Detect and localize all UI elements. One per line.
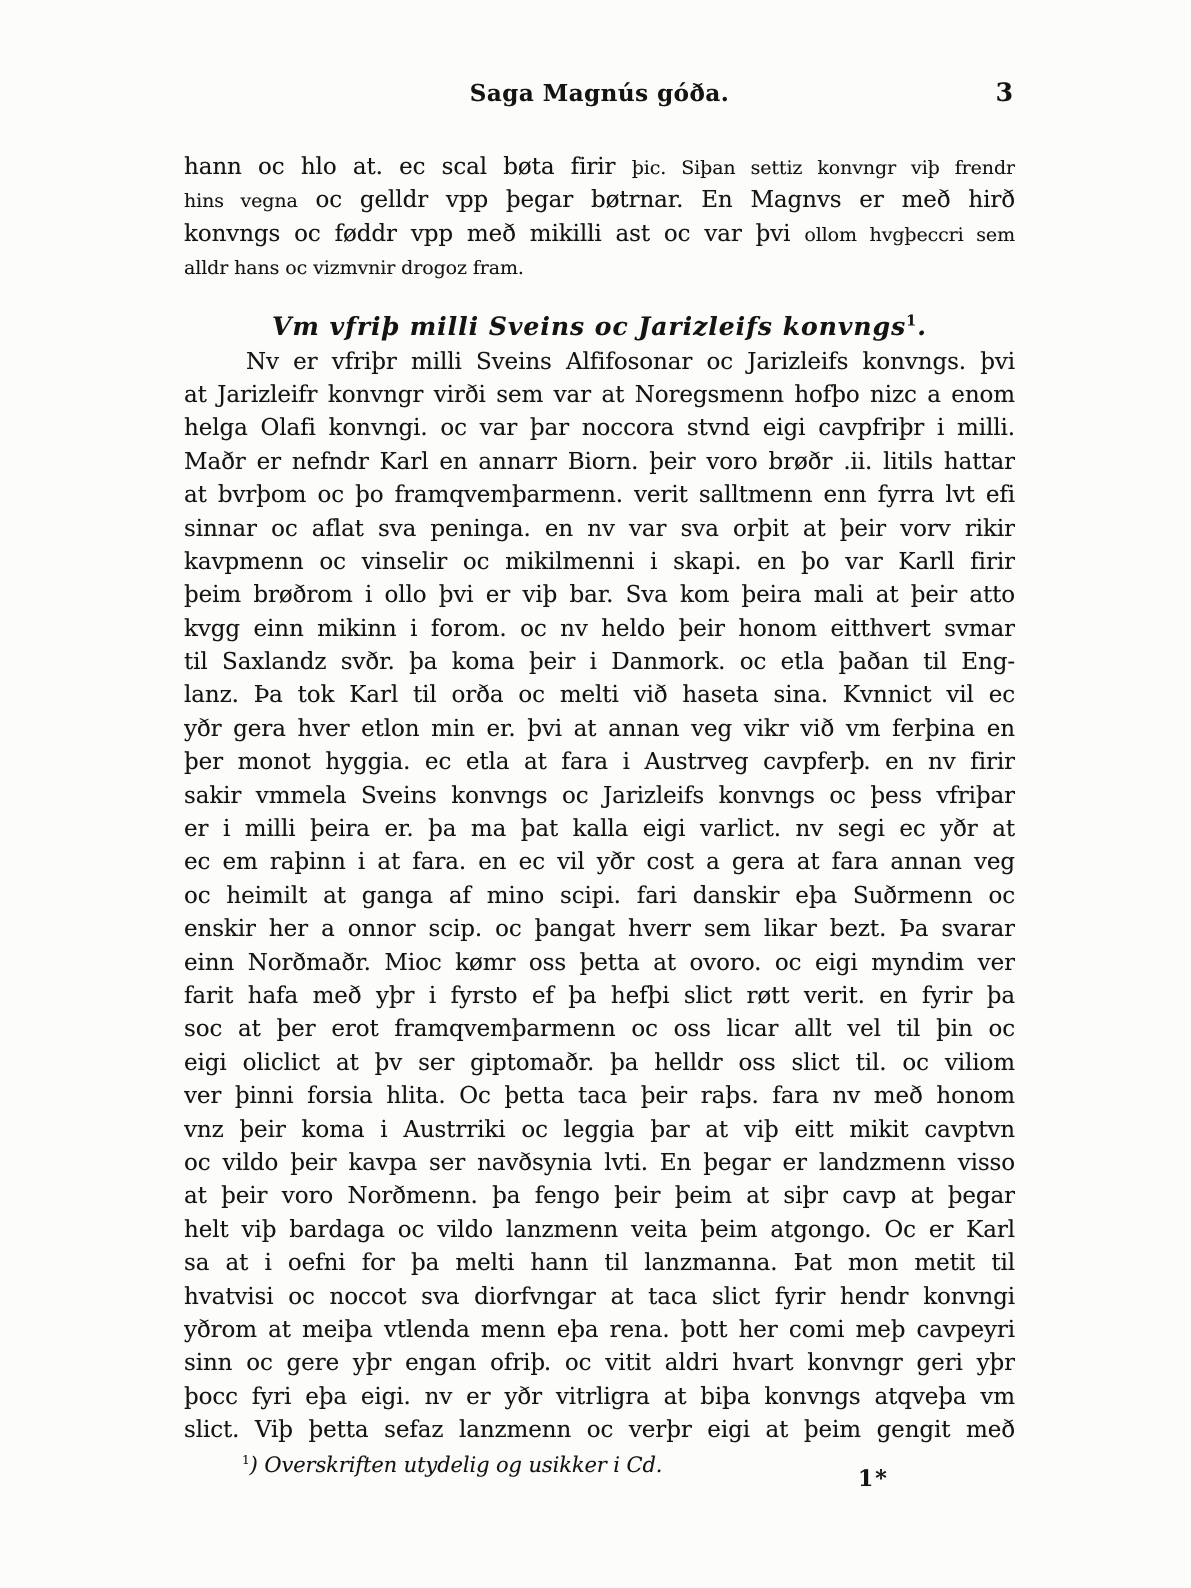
text-line: sa at i oefni for þa melti hann til lanz… bbox=[184, 1247, 1015, 1280]
text-segment: yðrom at meiþa vtlenda menn eþa rena. þo… bbox=[184, 1317, 1015, 1343]
text-segment: eigi oliclict at þv ser giptomaðr. þa he… bbox=[184, 1050, 1015, 1076]
text-segment: sa at i oefni for þa melti hann til lanz… bbox=[184, 1250, 1015, 1276]
text-segment: sakir vmmela Sveins konvngs oc Jarizleif… bbox=[184, 783, 1015, 809]
text-line: lanz. Þa tok Karl til orða oc melti við … bbox=[184, 679, 1015, 712]
text-line: Nv er vfriþr milli Sveins Alfifosonar oc… bbox=[184, 346, 1015, 379]
text-segment: Maðr er nefndr Karl en annarr Biorn. þei… bbox=[184, 449, 1015, 475]
text-line: konvngs oc føddr vpp með mikilli ast oc … bbox=[184, 218, 1015, 251]
text-line: 30vnz þeir koma i Austrriki oc leggia þa… bbox=[184, 1114, 1015, 1147]
text-segment: sinnar oc aflat sva peninga. en nv var s… bbox=[184, 516, 1015, 542]
text-line: yðr gera hver etlon min er. þvi at annan… bbox=[184, 713, 1015, 746]
text-line: þocc fyri eþa eigi. nv er yðr vitrligra … bbox=[184, 1381, 1015, 1414]
text-segment: ver þinni forsia hlita. Oc þetta taca þe… bbox=[184, 1083, 1015, 1109]
text-line: soc at þer erot framqvemþarmenn oc oss l… bbox=[184, 1013, 1015, 1046]
text-segment: hins vegna bbox=[184, 190, 298, 212]
text-segment: vnz þeir koma i Austrriki oc leggia þar … bbox=[184, 1117, 1015, 1143]
text-segment: oc vildo þeir kavpa ser navðsynia lvti. … bbox=[184, 1150, 1015, 1176]
text-segment: Vm vfriþ milli Sveins oc Jarizleifs konv… bbox=[272, 312, 906, 341]
text-line: helga Olafi konvngi. oc var þar noccora … bbox=[184, 412, 1015, 445]
signature-mark: 1* bbox=[858, 1466, 889, 1492]
text-segment: einn Norðmaðr. Mioc kømr oss þetta at ov… bbox=[184, 950, 1015, 976]
text-segment: lanz. Þa tok Karl til orða oc melti við … bbox=[184, 682, 1015, 708]
text-segment: at þeir voro Norðmenn. þa fengo þeir þei… bbox=[184, 1183, 1015, 1209]
text-segment: Nv er vfriþr milli Sveins Alfifosonar oc… bbox=[246, 349, 1015, 375]
text-line: at þeir voro Norðmenn. þa fengo þeir þei… bbox=[184, 1180, 1015, 1213]
page-number: 3 bbox=[996, 78, 1013, 107]
text-segment: oc gelldr vpp þegar bøtrnar. En Magnvs e… bbox=[298, 187, 1015, 213]
text-line: til Saxlandz svðr. þa koma þeir i Danmor… bbox=[184, 646, 1015, 679]
text-segment: hann oc hlo at. ec scal bøta firir bbox=[184, 154, 632, 180]
text-line: eigi oliclict at þv ser giptomaðr. þa he… bbox=[184, 1047, 1015, 1080]
text-line: ver þinni forsia hlita. Oc þetta taca þe… bbox=[184, 1080, 1015, 1113]
text-line: helt viþ bardaga oc vildo lanzmenn veita… bbox=[184, 1214, 1015, 1247]
text-segment: helga Olafi konvngi. oc var þar noccora … bbox=[184, 415, 1015, 441]
text-segment: er i milli þeira er. þa ma þat kalla eig… bbox=[184, 816, 1015, 842]
text-line: at bvrþom oc þo framqvemþarmenn. verit s… bbox=[184, 479, 1015, 512]
text-line: hins vegna oc gelldr vpp þegar bøtrnar. … bbox=[184, 184, 1015, 217]
text-segment: hvatvisi oc noccot sva diorfvngar at tac… bbox=[184, 1284, 1015, 1310]
text-segment: helt viþ bardaga oc vildo lanzmenn veita… bbox=[184, 1217, 1015, 1243]
line-number-row: 5 bbox=[184, 285, 1015, 308]
text-segment: soc at þer erot framqvemþarmenn oc oss l… bbox=[184, 1016, 1015, 1042]
text-line: þer monot hyggia. ec etla at fara i Aust… bbox=[184, 746, 1015, 779]
text-line: oc heimilt at ganga af mino scipi. fari … bbox=[184, 880, 1015, 913]
text-line: sinn oc gere yþr engan ofriþ. oc vitit a… bbox=[184, 1347, 1015, 1380]
text-line: 35hvatvisi oc noccot sva diorfvngar at t… bbox=[184, 1281, 1015, 1314]
text-line: farit hafa með yþr i fyrsto ef þa hefþi … bbox=[184, 980, 1015, 1013]
text-segment: . bbox=[917, 312, 927, 341]
running-header: Saga Magnús góða. 3 bbox=[184, 80, 1015, 110]
text-line: oc vildo þeir kavpa ser navðsynia lvti. … bbox=[184, 1147, 1015, 1180]
text-segment: ) Overskriften utydelig og usikker i Cd. bbox=[250, 1453, 663, 1477]
text-line: slict. Viþ þetta sefaz lanzmenn oc verþr… bbox=[184, 1414, 1015, 1447]
footnote-line: 401) Overskriften utydelig og usikker i … bbox=[184, 1447, 1015, 1483]
text-line: at Jarizleifr konvngr virði sem var at N… bbox=[184, 379, 1015, 412]
text-segment: sinn oc gere yþr engan ofriþ. oc vitit a… bbox=[184, 1350, 1015, 1376]
text-segment: yðr gera hver etlon min er. þvi at annan… bbox=[184, 716, 1015, 742]
section-heading: Vm vfriþ milli Sveins oc Jarizleifs konv… bbox=[184, 308, 1015, 346]
text-segment: farit hafa með yþr i fyrsto ef þa hefþi … bbox=[184, 983, 1015, 1009]
text-line: yðrom at meiþa vtlenda menn eþa rena. þo… bbox=[184, 1314, 1015, 1347]
text-line: alldr hans oc vizmvnir drogoz fram. bbox=[184, 251, 1015, 284]
text-segment: at Jarizleifr konvngr virði sem var at N… bbox=[184, 382, 1015, 408]
text-line: hann oc hlo at. ec scal bøta firir þic. … bbox=[184, 151, 1015, 184]
text-line: 15kvgg einn mikinn i forom. oc nv heldo … bbox=[184, 613, 1015, 646]
text-segment: þic. Siþan settiz konvngr viþ frendr bbox=[632, 157, 1015, 179]
text-segment: þocc fyri eþa eigi. nv er yðr vitrligra … bbox=[184, 1384, 1015, 1410]
text-segment: alldr hans oc vizmvnir drogoz fram. bbox=[184, 257, 524, 279]
text-line: 25einn Norðmaðr. Mioc kømr oss þetta at … bbox=[184, 947, 1015, 980]
running-title: Saga Magnús góða. bbox=[184, 80, 1015, 107]
text-segment: kavpmenn oc vinselir oc mikilmenni i ska… bbox=[184, 549, 1015, 575]
text-segment: þeim brøðrom i ollo þvi er viþ bar. Sva … bbox=[184, 582, 1015, 608]
footnote-reference: 1 bbox=[906, 312, 917, 329]
text-line: ec em raþinn i at fara. en ec vil yðr co… bbox=[184, 846, 1015, 879]
text-block: hann oc hlo at. ec scal bøta firir þic. … bbox=[184, 151, 1015, 1483]
text-segment: til Saxlandz svðr. þa koma þeir i Danmor… bbox=[184, 649, 1015, 675]
text-segment: konvngs oc føddr vpp með mikilli ast oc … bbox=[184, 221, 804, 247]
text-segment: at bvrþom oc þo framqvemþarmenn. verit s… bbox=[184, 482, 1015, 508]
book-page: Saga Magnús góða. 3 hann oc hlo at. ec s… bbox=[0, 0, 1191, 1588]
text-segment: oc heimilt at ganga af mino scipi. fari … bbox=[184, 883, 1015, 909]
text-segment: kvgg einn mikinn i forom. oc nv heldo þe… bbox=[184, 616, 1015, 642]
text-segment: slict. Viþ þetta sefaz lanzmenn oc verþr… bbox=[184, 1417, 1015, 1443]
text-line: er i milli þeira er. þa ma þat kalla eig… bbox=[184, 813, 1015, 846]
text-line: sinnar oc aflat sva peninga. en nv var s… bbox=[184, 513, 1015, 546]
text-line: þeim brøðrom i ollo þvi er viþ bar. Sva … bbox=[184, 579, 1015, 612]
text-line: kavpmenn oc vinselir oc mikilmenni i ska… bbox=[184, 546, 1015, 579]
text-line: enskir her a onnor scip. oc þangat hverr… bbox=[184, 913, 1015, 946]
text-segment: þer monot hyggia. ec etla at fara i Aust… bbox=[184, 749, 1015, 775]
footnote-reference: 1 bbox=[242, 1453, 250, 1467]
text-segment: ec em raþinn i at fara. en ec vil yðr co… bbox=[184, 849, 1015, 875]
text-line: 10Maðr er nefndr Karl en annarr Biorn. þ… bbox=[184, 446, 1015, 479]
text-segment: ollom hvgþeccri sem bbox=[804, 224, 1015, 246]
text-segment: enskir her a onnor scip. oc þangat hverr… bbox=[184, 916, 1015, 942]
text-line: 20sakir vmmela Sveins konvngs oc Jarizle… bbox=[184, 780, 1015, 813]
